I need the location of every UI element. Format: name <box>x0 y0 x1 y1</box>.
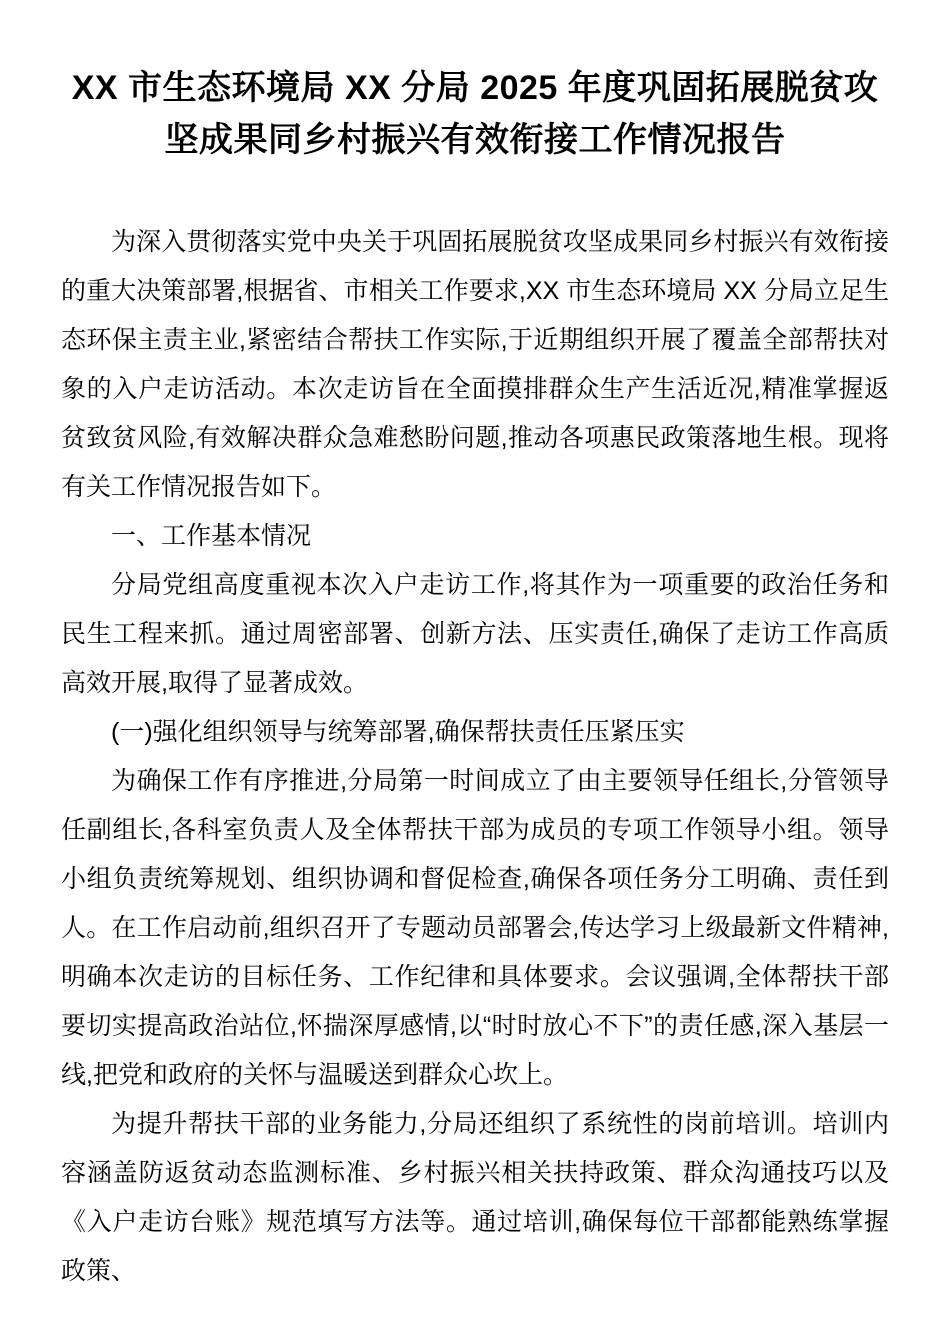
body-paragraph: 为提升帮扶干部的业务能力,分局还组织了系统性的岗前培训。培训内容涵盖防返贫动态监… <box>61 1100 889 1296</box>
document-page: XX 市生态环境局 XX 分局 2025 年度巩固拓展脱贫攻坚成果同乡村振兴有效… <box>0 0 950 1344</box>
document-body: 为深入贯彻落实党中央关于巩固拓展脱贫攻坚成果同乡村振兴有效衔接的重大决策部署,根… <box>61 218 889 1296</box>
section-heading: 一、工作基本情况 <box>61 512 889 561</box>
document-title: XX 市生态环境局 XX 分局 2025 年度巩固拓展脱贫攻坚成果同乡村振兴有效… <box>61 62 889 166</box>
body-paragraph: 为确保工作有序推进,分局第一时间成立了由主要领导任组长,分管领导任副组长,各科室… <box>61 757 889 1100</box>
body-paragraph: 分局党组高度重视本次入户走访工作,将其作为一项重要的政治任务和民生工程来抓。通过… <box>61 561 889 708</box>
body-paragraph: 为深入贯彻落实党中央关于巩固拓展脱贫攻坚成果同乡村振兴有效衔接的重大决策部署,根… <box>61 218 889 512</box>
section-heading: (一)强化组织领导与统筹部署,确保帮扶责任压紧压实 <box>61 708 889 757</box>
